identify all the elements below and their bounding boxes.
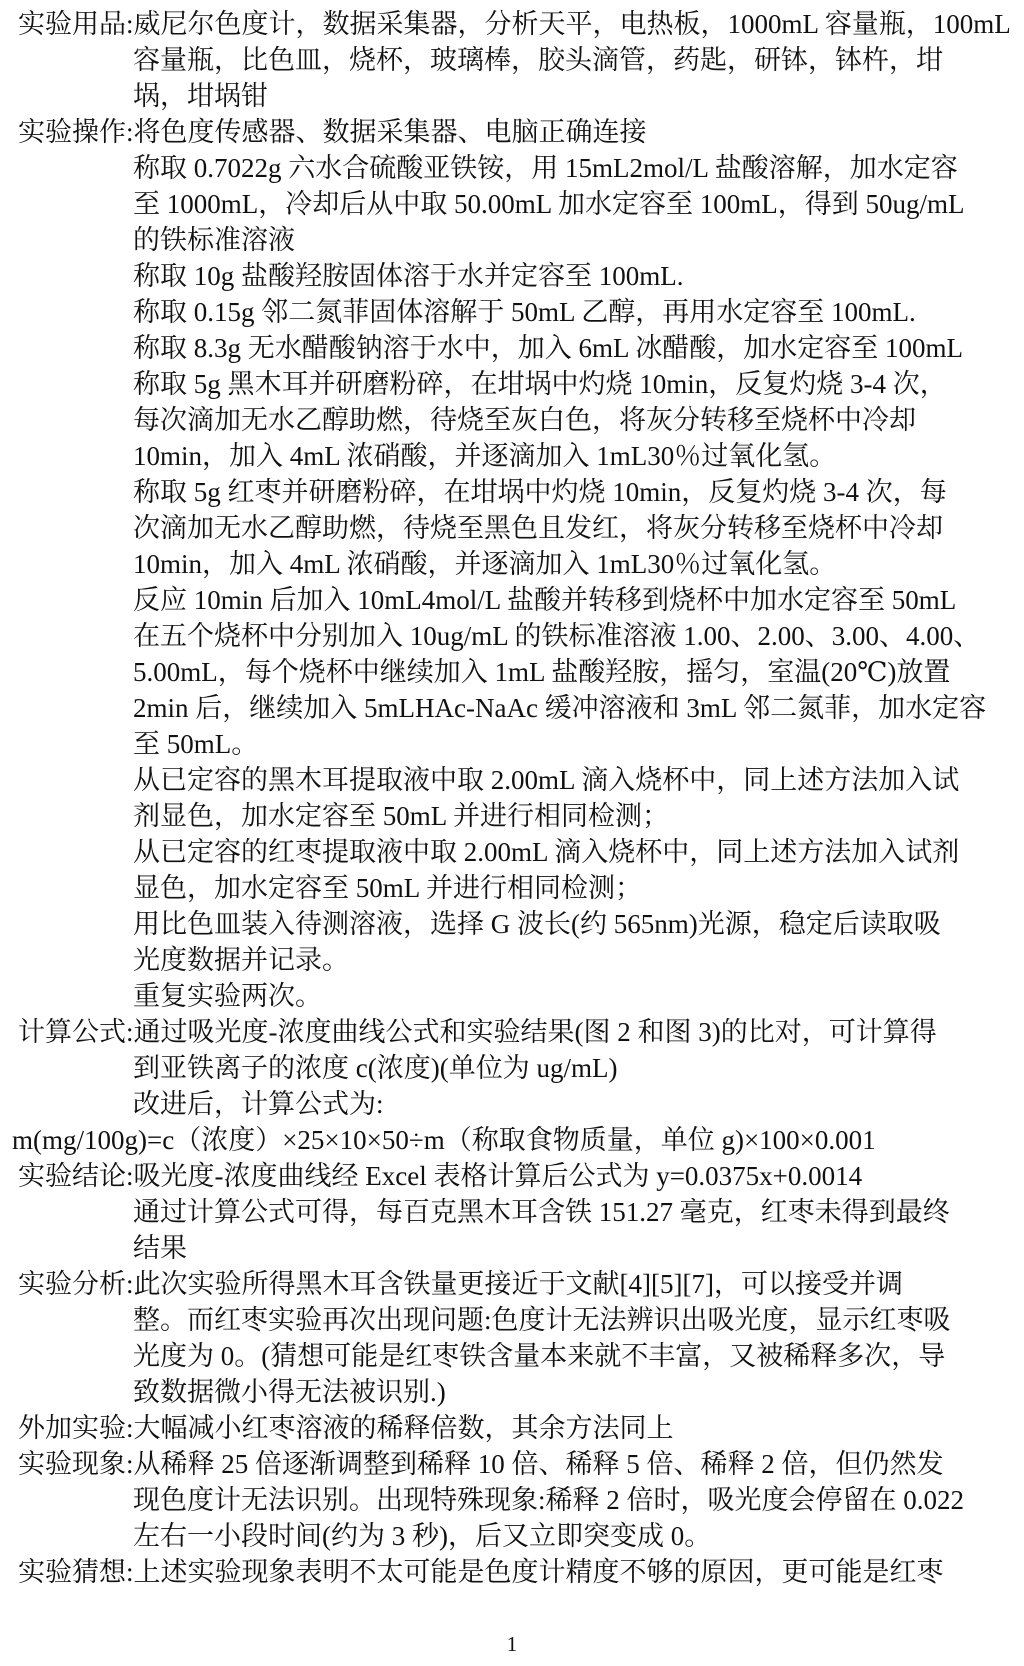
text-line: 现色度计无法识别。出现特殊现象:稀释 2 倍时，吸光度会停留在 0.022 [0,1482,1024,1518]
text-line: 实验分析:此次实验所得黑木耳含铁量更接近于文献[4][5][7]，可以接受并调 [0,1266,1024,1302]
text-line: 整。而红枣实验再次出现问题:色度计无法辨识出吸光度，显示红枣吸 [0,1302,1024,1338]
text-line: 称取 10g 盐酸羟胺固体溶于水并定容至 100mL. [0,258,1024,294]
text-line: 外加实验:大幅减小红枣溶液的稀释倍数，其余方法同上 [0,1410,1024,1446]
text-line: 称取 5g 黑木耳并研磨粉碎，在坩埚中灼烧 10min，反复灼烧 3-4 次， [0,366,1024,402]
text-line: 到亚铁离子的浓度 c(浓度)(单位为 ug/mL) [0,1050,1024,1086]
text-line: 实验用品:威尼尔色度计，数据采集器，分析天平，电热板，1000mL 容量瓶，10… [0,6,1024,42]
text-line: 重复实验两次。 [0,978,1024,1014]
text-line: 次滴加无水乙醇助燃，待烧至黑色且发红，将灰分转移至烧杯中冷却 [0,510,1024,546]
text-line: 反应 10min 后加入 10mL4mol/L 盐酸并转移到烧杯中加水定容至 5… [0,582,1024,618]
text-line: 实验现象:从稀释 25 倍逐渐调整到稀释 10 倍、稀释 5 倍、稀释 2 倍，… [0,1446,1024,1482]
text-line: 称取 8.3g 无水醋酸钠溶于水中，加入 6mL 冰醋酸，加水定容至 100mL [0,330,1024,366]
text-line: m(mg/100g)=c（浓度）×25×10×50÷m（称取食物质量，单位 g)… [0,1122,1024,1158]
text-line: 至 1000mL，冷却后从中取 50.00mL 加水定容至 100mL，得到 5… [0,186,1024,222]
text-line: 实验结论:吸光度-浓度曲线经 Excel 表格计算后公式为 y=0.0375x+… [0,1158,1024,1194]
text-line: 显色，加水定容至 50mL 并进行相同检测； [0,870,1024,906]
text-line: 至 50mL。 [0,726,1024,762]
document-page: 实验用品:威尼尔色度计，数据采集器，分析天平，电热板，1000mL 容量瓶，10… [0,0,1024,1590]
text-line: 从已定容的红枣提取液中取 2.00mL 滴入烧杯中，同上述方法加入试剂 [0,834,1024,870]
text-line: 每次滴加无水乙醇助燃，待烧至灰白色，将灰分转移至烧杯中冷却 [0,402,1024,438]
text-line: 从已定容的黑木耳提取液中取 2.00mL 滴入烧杯中，同上述方法加入试 [0,762,1024,798]
text-line: 称取 0.7022g 六水合硫酸亚铁铵，用 15mL2mol/L 盐酸溶解，加水… [0,150,1024,186]
text-line: 的铁标准溶液 [0,222,1024,258]
text-line: 10min，加入 4mL 浓硝酸，并逐滴加入 1mL30％过氧化氢。 [0,438,1024,474]
text-line: 致数据微小得无法被识别.) [0,1374,1024,1410]
text-line: 容量瓶，比色皿，烧杯，玻璃棒，胶头滴管，药匙，研钵，钵杵，坩 [0,42,1024,78]
text-line: 计算公式:通过吸光度-浓度曲线公式和实验结果(图 2 和图 3)的比对，可计算得 [0,1014,1024,1050]
text-line: 2min 后，继续加入 5mLHAc-NaAc 缓冲溶液和 3mL 邻二氮菲，加… [0,690,1024,726]
text-line: 实验猜想:上述实验现象表明不太可能是色度计精度不够的原因，更可能是红枣 [0,1554,1024,1590]
text-line: 改进后，计算公式为: [0,1086,1024,1122]
text-line: 在五个烧杯中分别加入 10ug/mL 的铁标准溶液 1.00、2.00、3.00… [0,618,1024,654]
page-number: 1 [0,1630,1024,1658]
text-line: 埚，坩埚钳 [0,78,1024,114]
text-line: 5.00mL，每个烧杯中继续加入 1mL 盐酸羟胺，摇匀，室温(20℃)放置 [0,654,1024,690]
text-line: 剂显色，加水定容至 50mL 并进行相同检测； [0,798,1024,834]
text-line: 称取 5g 红枣并研磨粉碎，在坩埚中灼烧 10min，反复灼烧 3-4 次，每 [0,474,1024,510]
text-line: 结果 [0,1230,1024,1266]
text-line: 10min，加入 4mL 浓硝酸，并逐滴加入 1mL30％过氧化氢。 [0,546,1024,582]
text-line: 通过计算公式可得，每百克黑木耳含铁 151.27 毫克，红枣未得到最终 [0,1194,1024,1230]
text-line: 左右一小段时间(约为 3 秒)，后又立即突变成 0。 [0,1518,1024,1554]
document-body: 实验用品:威尼尔色度计，数据采集器，分析天平，电热板，1000mL 容量瓶，10… [0,0,1024,1590]
text-line: 光度为 0。(猜想可能是红枣铁含量本来就不丰富，又被稀释多次，导 [0,1338,1024,1374]
text-line: 实验操作:将色度传感器、数据采集器、电脑正确连接 [0,114,1024,150]
text-line: 称取 0.15g 邻二氮菲固体溶解于 50mL 乙醇，再用水定容至 100mL. [0,294,1024,330]
text-line: 用比色皿装入待测溶液，选择 G 波长(约 565nm)光源，稳定后读取吸 [0,906,1024,942]
text-line: 光度数据并记录。 [0,942,1024,978]
